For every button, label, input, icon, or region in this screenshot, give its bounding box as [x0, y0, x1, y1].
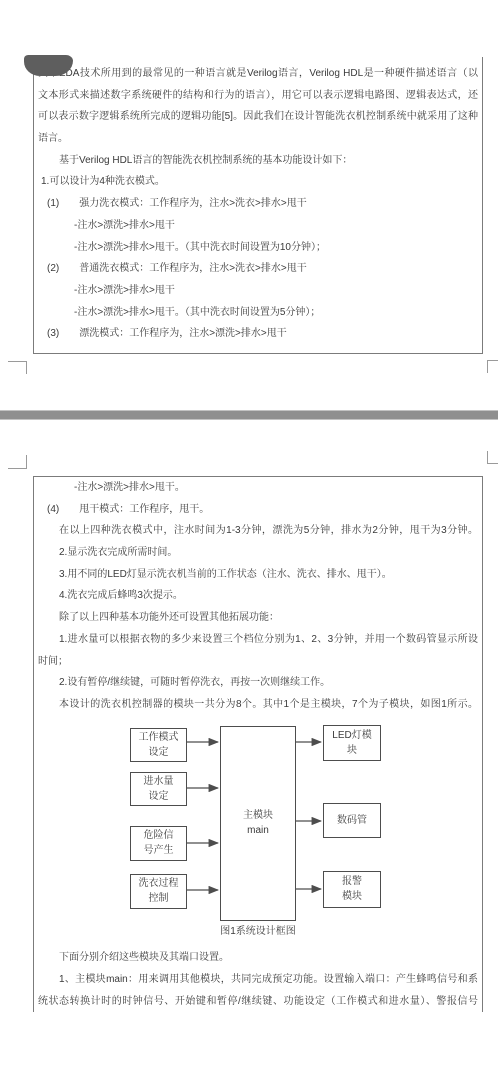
figure-1-caption[interactable]: 图1系统设计框图	[34, 921, 482, 943]
text-line[interactable]: 1.可以设计为4种洗衣模式。	[34, 171, 478, 193]
box-led-module[interactable]: LED灯模 块	[323, 725, 381, 761]
text-line[interactable]: 1.进水量可以根据衣物的多少来设置三个档位分别为1、2、3分钟，并用一个数码管显…	[34, 629, 478, 651]
text-line[interactable]: (3) 漂洗模式：工作程序为，注水>漂洗>排水>甩干	[34, 323, 478, 345]
text-line[interactable]: 文本形式来描述数字系统硬件的结构和行为的语言），用它可以表示逻辑电路图、逻辑表达…	[34, 85, 478, 107]
page1-content-table: 其中EDA技术所用到的最常见的一种语言就是Verilog语言，Verilog H…	[33, 57, 483, 354]
text-line[interactable]: 基于Verilog HDL语言的智能洗衣机控制系统的基本功能设计如下：	[34, 150, 478, 172]
text-line[interactable]: (4) 甩干模式：工作程序，甩干。	[34, 499, 478, 521]
box-main-module[interactable]: 主模块 main	[220, 726, 296, 921]
box-seven-segment[interactable]: 数码管	[323, 803, 381, 838]
text-line[interactable]: 3.用不同的LED灯显示洗衣机当前的工作状态（注水、洗衣、排水、甩干）。	[34, 564, 478, 586]
box-water-inflow-setting[interactable]: 进水量 设定	[130, 772, 187, 806]
text-line[interactable]: 可以表示数字逻辑系统所完成的逻辑功能[5]。因此我们在设计智能洗衣机控制系统中就…	[34, 106, 478, 128]
page2-text-lower: 下面分别介绍这些模块及其端口设置。1、主模块main：用来调用其他模块，共同完成…	[34, 947, 482, 1012]
box-alarm-module[interactable]: 报警 模块	[323, 871, 381, 908]
text-line[interactable]: -注水>漂洗>排水>甩干	[34, 215, 478, 237]
text-line[interactable]: -注水>漂洗>排水>甩干。（其中洗衣时间设置为5分钟）；	[34, 302, 478, 324]
text-line[interactable]: 4.洗衣完成后蜂鸣3次提示。	[34, 585, 478, 607]
text-line[interactable]: -注水>漂洗>排水>甩干。（其中洗衣时间设置为10分钟）；	[34, 237, 478, 259]
page-curl-shadow	[24, 55, 73, 76]
margin-mark-page1-right	[487, 360, 498, 373]
text-line[interactable]: 2.设有暂停/继续键，可随时暂停洗衣，再按一次则继续工作。	[34, 672, 478, 694]
box-danger-signal[interactable]: 危险信 号产生	[130, 826, 187, 861]
text-line[interactable]: -注水>漂洗>排水>甩干	[34, 280, 478, 302]
text-line[interactable]: 在以上四种洗衣模式中，注水时间为1-3分钟，漂洗为5分钟，排水为2分钟，甩干为3…	[34, 520, 478, 542]
text-line[interactable]: 其中EDA技术所用到的最常见的一种语言就是Verilog语言，Verilog H…	[34, 63, 478, 85]
text-line[interactable]: 1、主模块main：用来调用其他模块，共同完成预定功能。设置输入端口：产生蜂鸣信…	[34, 969, 478, 991]
page1-text: 其中EDA技术所用到的最常见的一种语言就是Verilog语言，Verilog H…	[34, 63, 482, 345]
page2-content-table: -注水>漂洗>排水>甩干。(4) 甩干模式：工作程序，甩干。在以上四种洗衣模式中…	[33, 476, 483, 1012]
page2-text-upper: -注水>漂洗>排水>甩干。(4) 甩干模式：工作程序，甩干。在以上四种洗衣模式中…	[34, 477, 482, 716]
box-wash-process-control[interactable]: 洗衣过程 控制	[130, 874, 187, 909]
text-line[interactable]: 语言。	[34, 128, 478, 150]
text-line[interactable]: (2) 普通洗衣模式：工作程序为，注水>洗衣>排水>甩干	[34, 258, 478, 280]
text-line[interactable]: 时间；	[34, 651, 478, 673]
text-line[interactable]: 下面分别介绍这些模块及其端口设置。	[34, 947, 478, 969]
figure-1-diagram: 工作模式 设定 进水量 设定 危险信 号产生 洗衣过程 控制 主模块 main …	[34, 716, 482, 921]
margin-mark-page2-right	[487, 451, 498, 464]
box-work-mode-setting[interactable]: 工作模式 设定	[130, 728, 187, 762]
text-line[interactable]: 统状态转换计时的时钟信号、开始键和暂停/继续键、功能设定（工作模式和进水量）、警…	[34, 991, 478, 1013]
document-view: 其中EDA技术所用到的最常见的一种语言就是Verilog语言，Verilog H…	[0, 0, 498, 1080]
text-line[interactable]: (1) 强力洗衣模式：工作程序为，注水>洗衣>排水>甩干	[34, 193, 478, 215]
text-line[interactable]: 本设计的洗衣机控制器的模块一共分为8个。其中1个是主模块，7个为子模块，如图1所…	[34, 694, 478, 716]
margin-mark-page2-left	[8, 455, 27, 469]
margin-mark-page1-left	[8, 361, 27, 374]
text-line[interactable]: -注水>漂洗>排水>甩干。	[34, 477, 478, 499]
page-break-separator	[0, 410, 498, 420]
text-line[interactable]: 除了以上四种基本功能外还可设置其他拓展功能：	[34, 607, 478, 629]
text-line[interactable]: 2.显示洗衣完成所需时间。	[34, 542, 478, 564]
